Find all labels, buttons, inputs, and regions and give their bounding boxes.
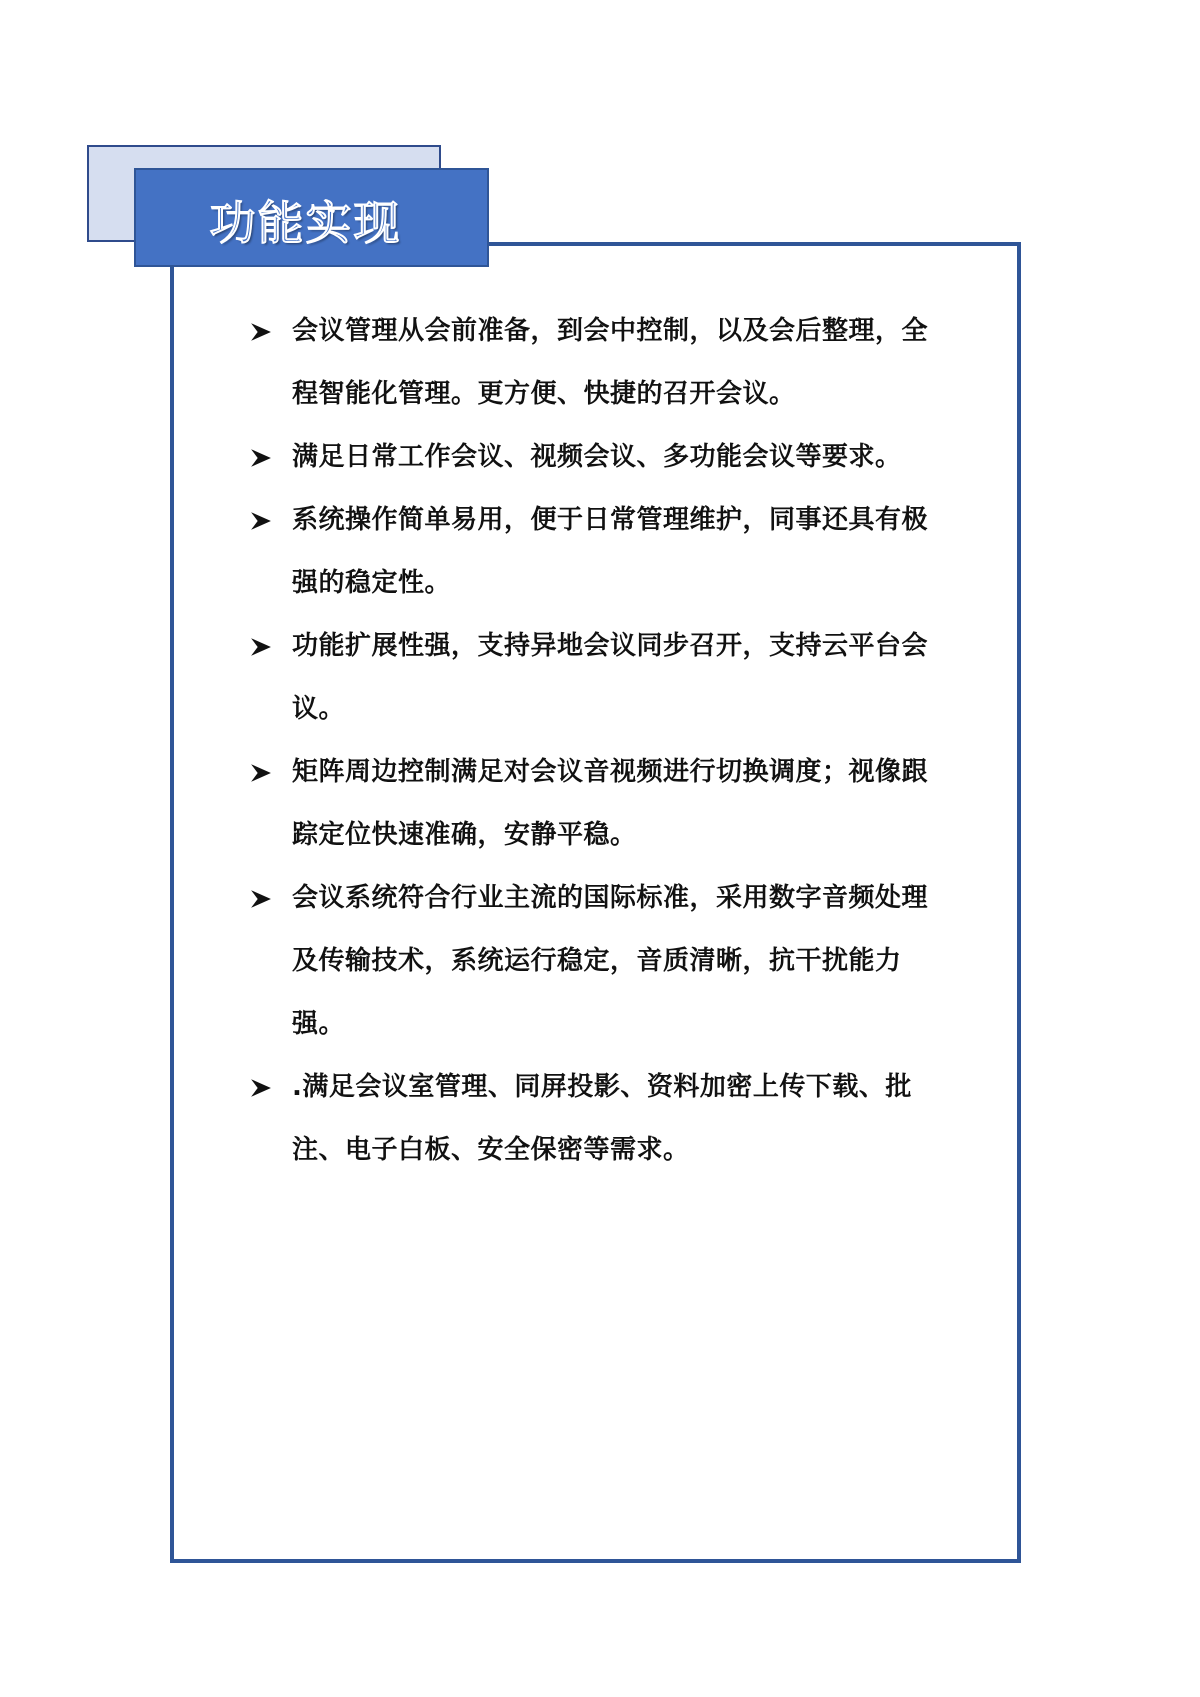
list-item-text: 满足日常工作会议、视频会议、多功能会议等要求。 xyxy=(292,426,944,489)
arrowhead-bullet-icon xyxy=(244,867,292,930)
list-item: 矩阵周边控制满足对会议音视频进行切换调度；视像跟踪定位快速准确，安静平稳。 xyxy=(244,741,944,867)
list-item-text: 会议管理从会前准备，到会中控制，以及会后整理，全程智能化管理。更方便、快捷的召开… xyxy=(292,300,944,426)
list-item-text: 功能扩展性强，支持异地会议同步召开，支持云平台会议。 xyxy=(292,615,944,741)
arrowhead-bullet-icon xyxy=(244,615,292,678)
list-item-text: 矩阵周边控制满足对会议音视频进行切换调度；视像跟踪定位快速准确，安静平稳。 xyxy=(292,741,944,867)
arrowhead-bullet-icon xyxy=(244,489,292,552)
arrowhead-bullet-icon xyxy=(244,741,292,804)
list-item: 功能扩展性强，支持异地会议同步召开，支持云平台会议。 xyxy=(244,615,944,741)
title-banner: 功能实现 xyxy=(134,168,489,267)
page-title: 功能实现 xyxy=(210,187,402,253)
list-item: 会议系统符合行业主流的国际标准，采用数字音频处理及传输技术，系统运行稳定，音质清… xyxy=(244,867,944,1056)
arrowhead-bullet-icon xyxy=(244,1056,292,1119)
list-item: 会议管理从会前准备，到会中控制，以及会后整理，全程智能化管理。更方便、快捷的召开… xyxy=(244,300,944,426)
list-item-text: 系统操作简单易用，便于日常管理维护，同事还具有极强的稳定性。 xyxy=(292,489,944,615)
arrowhead-bullet-icon xyxy=(244,426,292,489)
list-item: .满足会议室管理、同屏投影、资料加密上传下载、批注、电子白板、安全保密等需求。 xyxy=(244,1056,944,1182)
list-item-text: .满足会议室管理、同屏投影、资料加密上传下载、批注、电子白板、安全保密等需求。 xyxy=(292,1056,944,1182)
arrowhead-bullet-icon xyxy=(244,300,292,363)
list-item: 系统操作简单易用，便于日常管理维护，同事还具有极强的稳定性。 xyxy=(244,489,944,615)
feature-list: 会议管理从会前准备，到会中控制，以及会后整理，全程智能化管理。更方便、快捷的召开… xyxy=(244,300,944,1182)
list-item: 满足日常工作会议、视频会议、多功能会议等要求。 xyxy=(244,426,944,489)
list-item-text: 会议系统符合行业主流的国际标准，采用数字音频处理及传输技术，系统运行稳定，音质清… xyxy=(292,867,944,1056)
